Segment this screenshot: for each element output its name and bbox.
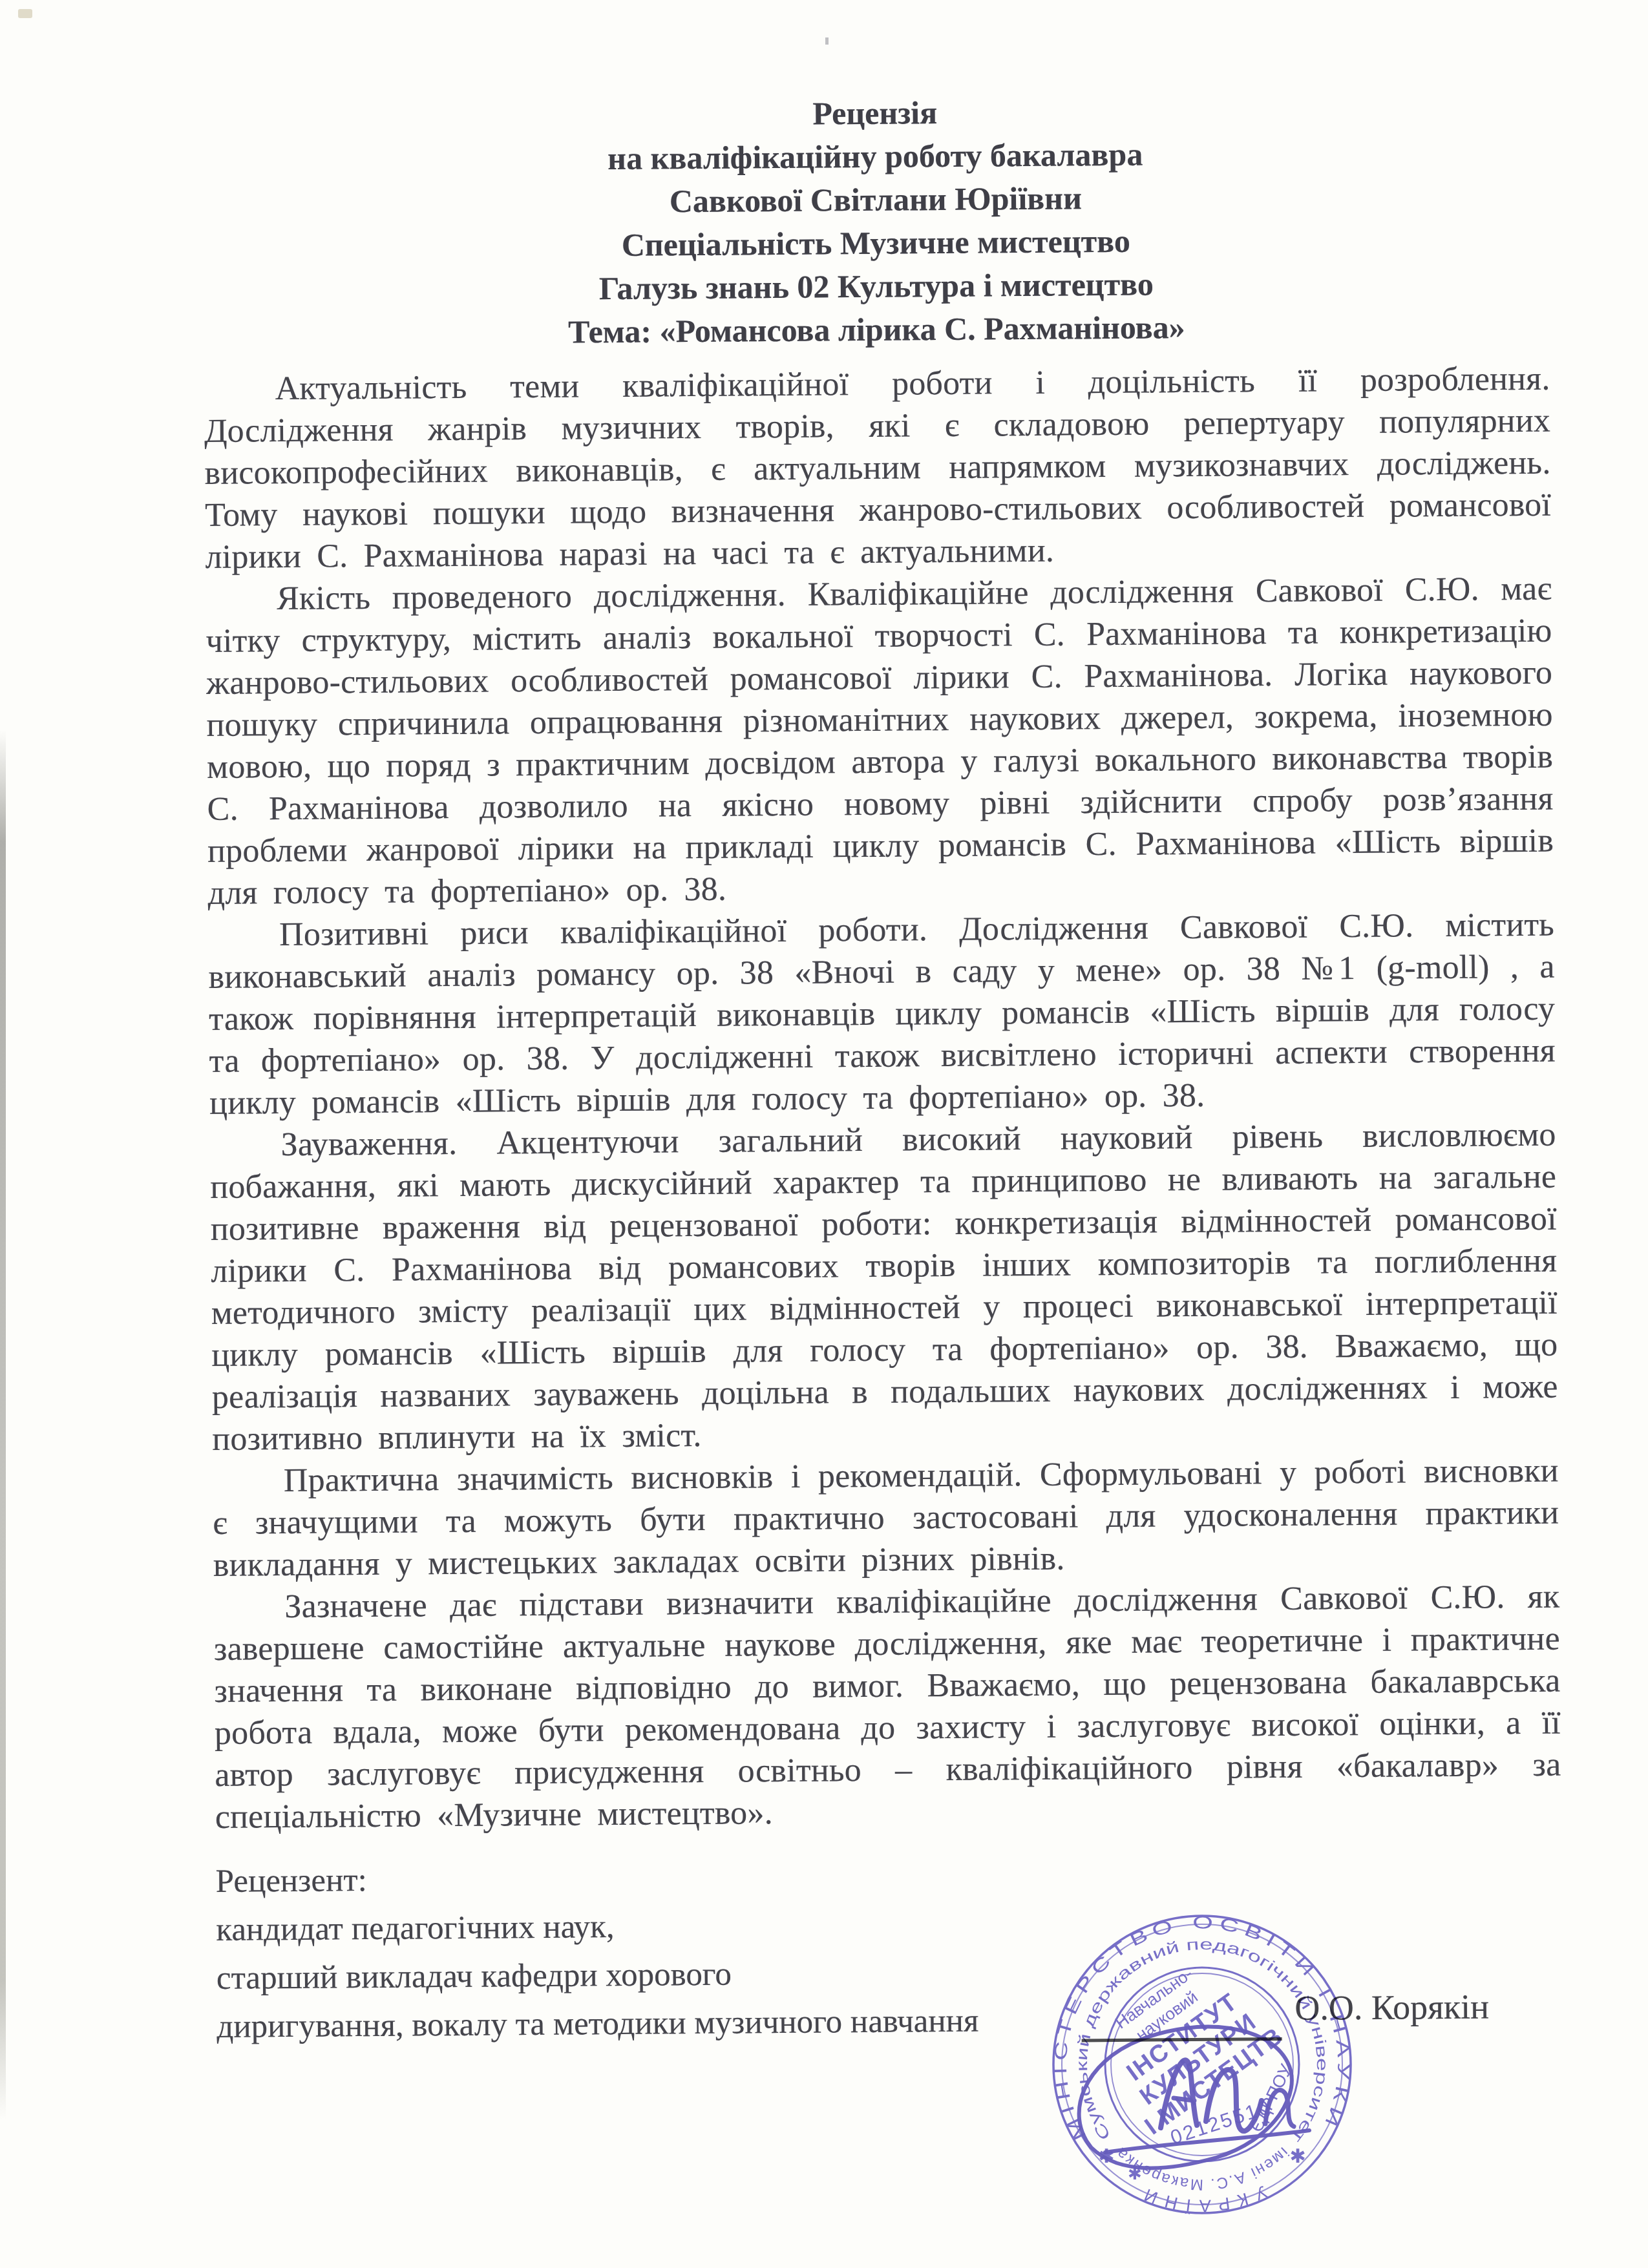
paragraph-positives: Позитивні риси кваліфікаційної роботи. Д… [208, 904, 1556, 1124]
paragraph-practical-value: Практична значимість висновків і рекомен… [213, 1450, 1559, 1586]
paragraph-relevance: Актуальність теми кваліфікаційної роботи… [204, 358, 1551, 578]
title-block: Рецензія на кваліфікаційну роботу бакала… [202, 87, 1550, 357]
scan-speck [18, 9, 32, 18]
paragraph-remarks: Зауваження. Акцентуючи загальний високий… [209, 1114, 1558, 1460]
round-stamp: МІНІСТЕРСТВО ОСВІТИ І НАУКИ УКРАЇНИ Сумс… [1008, 1871, 1396, 2258]
scan-speck [825, 37, 829, 45]
scanned-review-page: Рецензія на кваліфікаційну роботу бакала… [0, 0, 1648, 2268]
stamp-star-right-icon: ✱ [1289, 2146, 1305, 2167]
paragraph-conclusion: Зазначене дає підстави визначити кваліфі… [213, 1576, 1561, 1838]
paragraph-quality: Якість проведеного дослідження. Кваліфік… [206, 568, 1554, 914]
reviewer-department: диригування, вокалу та методики музичног… [217, 2003, 978, 2045]
body-text: Актуальність теми кваліфікаційної роботи… [204, 358, 1561, 1838]
scan-edge-artifact [0, 730, 6, 2119]
document-content: Рецензія на кваліфікаційну роботу бакала… [202, 87, 1563, 2052]
